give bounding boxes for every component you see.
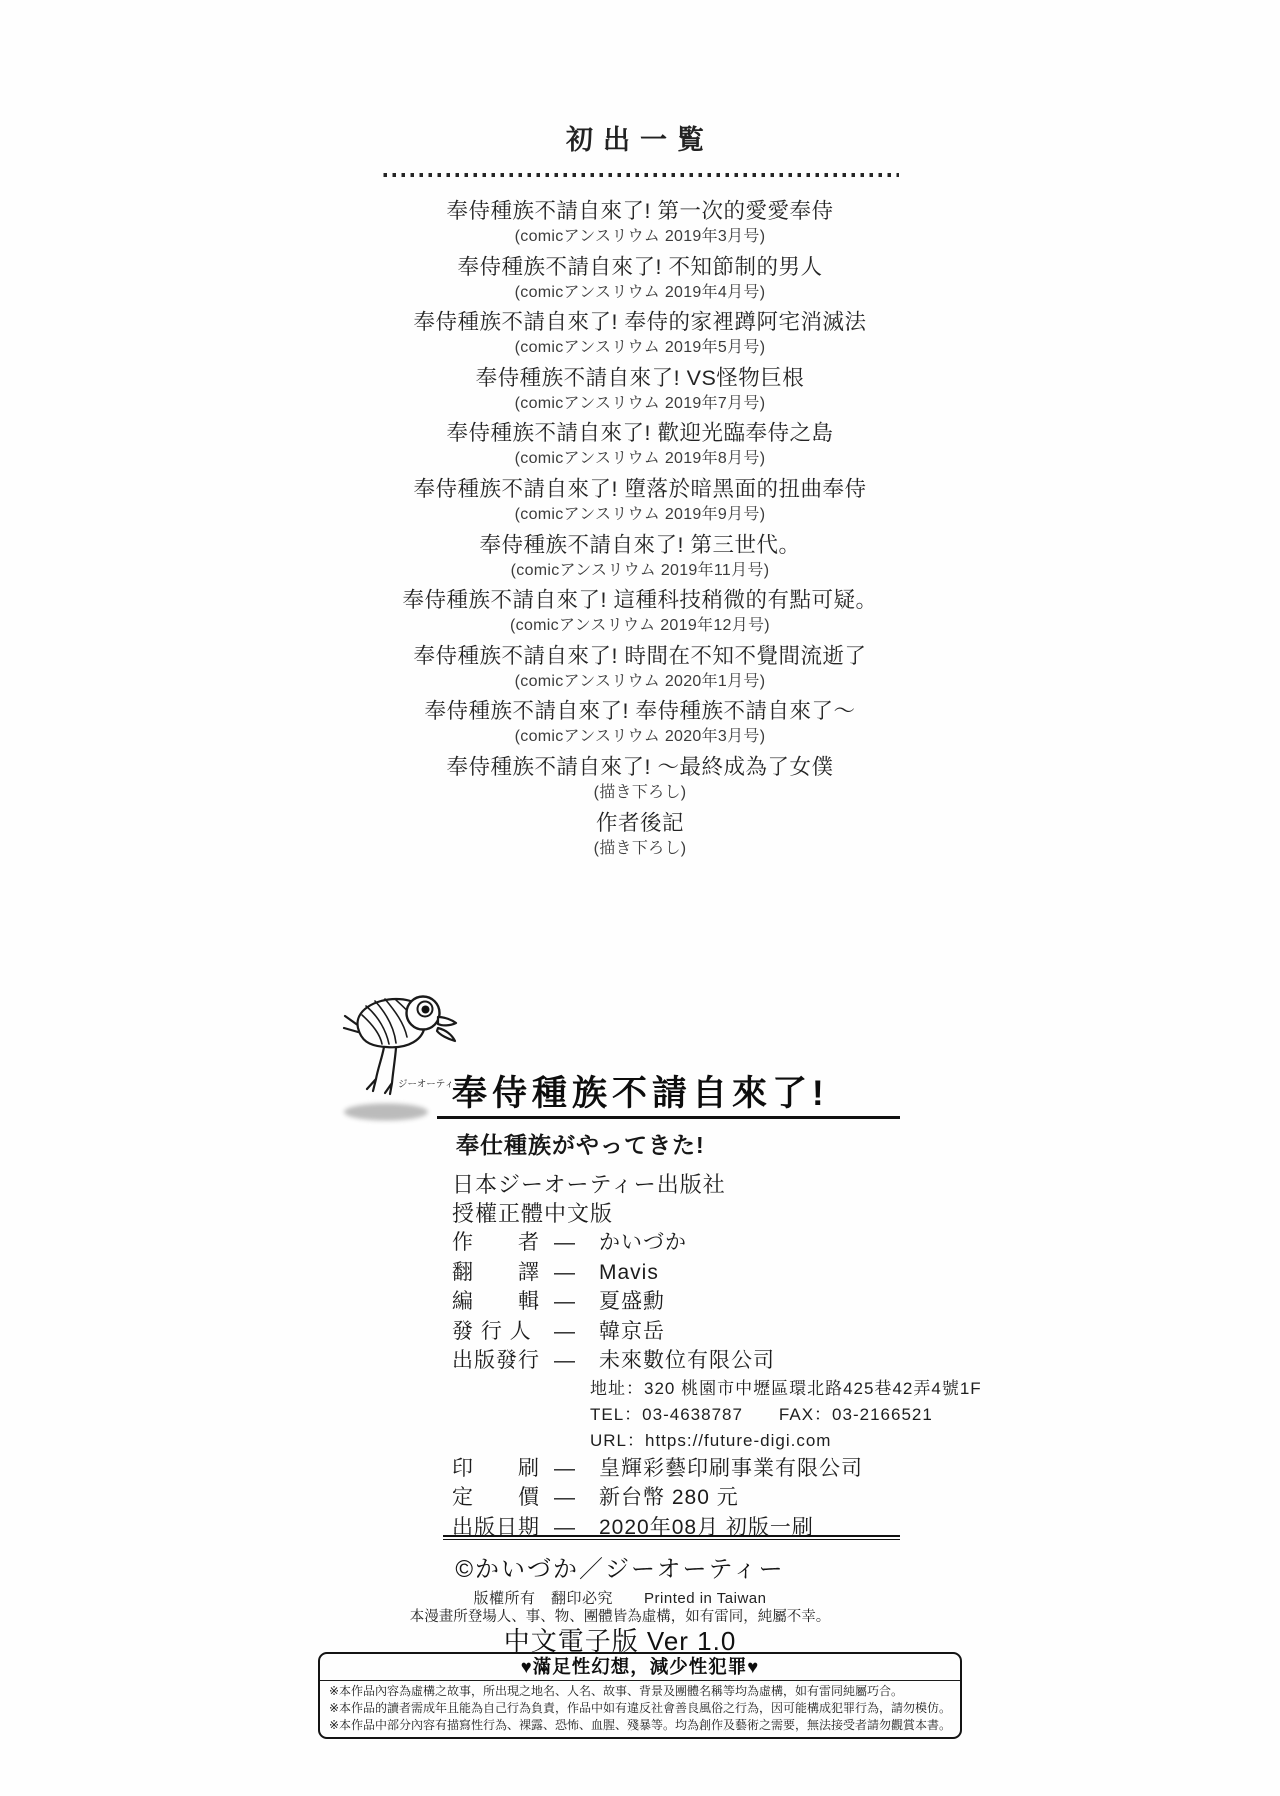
credit-row-issuer: 發 行 人—韓京岳: [452, 1317, 932, 1347]
publication-entry-title: 奉侍種族不請自來了! ～最終成為了女僕: [0, 753, 1280, 781]
publication-entry: 奉侍種族不請自來了! ～最終成為了女僕 (描き下ろし): [0, 753, 1280, 809]
copyright-line: ©かいづか／ジーオーティー: [0, 1549, 1240, 1584]
credit-label: 作 者: [452, 1228, 554, 1258]
credit-value: 夏盛勳: [599, 1290, 665, 1313]
double-rule: [443, 1535, 900, 1540]
bird-beak: [438, 1017, 456, 1025]
warning-line: ※本作品中部分內容有描寫性行為、裸露、恐怖、血腥、殘暴等。均為創作及藝術之需要，…: [329, 1717, 951, 1734]
first-publication-list: 初出一覧 奉侍種族不請自來了! 第一次的愛愛奉侍 (comicアンスリウム 20…: [0, 118, 1280, 864]
credit-value: 未來數位有限公司: [599, 1349, 775, 1372]
publisher-url: URL：https://future-digi.com: [590, 1428, 932, 1454]
publisher-address: 地址：320 桃園市中壢區環北路425巷42弄4號1F: [590, 1376, 932, 1402]
colophon-page: 初出一覧 奉侍種族不請自來了! 第一次的愛愛奉侍 (comicアンスリウム 20…: [0, 0, 1280, 1796]
publication-entry-title: 奉侍種族不請自來了! 墮落於暗黑面的扭曲奉侍: [0, 475, 1280, 503]
credit-row-editor: 編 輯—夏盛勳: [452, 1287, 932, 1317]
publication-entry-title: 奉侍種族不請自來了! 不知節制的男人: [0, 253, 1280, 281]
publication-entry-title: 作者後記: [0, 809, 1280, 837]
credit-value: 皇輝彩藝印刷事業有限公司: [599, 1457, 863, 1480]
publication-entry: 奉侍種族不請自來了! 第三世代。 (comicアンスリウム 2019年11月号): [0, 531, 1280, 587]
credit-separator: —: [554, 1454, 575, 1484]
credit-label: 定 價: [452, 1483, 554, 1513]
publication-entry-title: 奉侍種族不請自來了! 第三世代。: [0, 531, 1280, 559]
credit-separator: —: [554, 1483, 575, 1513]
publication-entry-source: (comicアンスリウム 2019年4月号): [0, 281, 1280, 305]
credit-value: 新台幣 280 元: [599, 1486, 739, 1509]
credit-value: かいづか: [599, 1231, 687, 1254]
credit-separator: —: [554, 1258, 575, 1288]
publication-entry: 奉侍種族不請自來了! 時間在不知不覺間流逝了 (comicアンスリウム 2020…: [0, 642, 1280, 698]
title-rule: [437, 1116, 900, 1119]
publisher-name-line: 日本ジーオーティー出版社: [452, 1170, 932, 1199]
credit-row-price: 定 價—新台幣 280 元: [452, 1483, 932, 1513]
credit-separator: —: [554, 1346, 575, 1376]
publication-entry: 奉侍種族不請自來了! VS怪物巨根 (comicアンスリウム 2019年7月号): [0, 364, 1280, 420]
bird-leg-right: [385, 1048, 396, 1094]
publication-entry-source: (描き下ろし): [0, 781, 1280, 805]
warning-title: ♥滿足性幻想，減少性犯罪♥: [320, 1654, 960, 1680]
license-line: 授權正體中文版: [452, 1199, 932, 1228]
publication-entry: 奉侍種族不請自來了! 歡迎光臨奉侍之島 (comicアンスリウム 2019年8月…: [0, 419, 1280, 475]
publication-entry-title: 奉侍種族不請自來了! 歡迎光臨奉侍之島: [0, 419, 1280, 447]
publication-entry-source: (comicアンスリウム 2019年11月号): [0, 559, 1280, 583]
warning-box: ♥滿足性幻想，減少性犯罪♥ ※本作品內容為虛構之故事，所出現之地名、人名、故事、…: [318, 1652, 962, 1739]
publication-entry-title: 奉侍種族不請自來了! 奉侍的家裡蹲阿宅消滅法: [0, 308, 1280, 336]
credit-label: 印 刷: [452, 1454, 554, 1484]
credit-label: 編 輯: [452, 1287, 554, 1317]
publication-entry-source: (comicアンスリウム 2019年3月号): [0, 225, 1280, 249]
publication-entry-source: (comicアンスリウム 2020年1月号): [0, 670, 1280, 694]
publication-entry: 奉侍種族不請自來了! 墮落於暗黑面的扭曲奉侍 (comicアンスリウム 2019…: [0, 475, 1280, 531]
credit-row-author: 作 者—かいづか: [452, 1228, 932, 1258]
publication-entry-title: 奉侍種族不請自來了! 時間在不知不覺間流逝了: [0, 642, 1280, 670]
original-japanese-title: 奉仕種族がやってきた!: [456, 1127, 705, 1160]
publication-entry: 奉侍種族不請自來了! 不知節制的男人 (comicアンスリウム 2019年4月号…: [0, 253, 1280, 309]
bird-leg-left: [367, 1047, 384, 1091]
publication-entry-source: (comicアンスリウム 2019年7月号): [0, 392, 1280, 416]
publication-entry-title: 奉侍種族不請自來了! 這種科技稍微的有點可疑。: [0, 586, 1280, 614]
warning-line: ※本作品內容為虛構之故事，所出現之地名、人名、故事、背景及團體名稱等均為虛構，如…: [329, 1683, 951, 1700]
got-logo-label: ジーオーティー: [398, 1079, 458, 1090]
publication-entry-title: 奉侍種族不請自來了! 奉侍種族不請自來了～: [0, 697, 1280, 725]
credit-separator: —: [554, 1317, 575, 1347]
publication-entry: 奉侍種族不請自來了! 奉侍種族不請自來了～ (comicアンスリウム 2020年…: [0, 697, 1280, 753]
logo-shadow: [344, 1104, 428, 1121]
credit-value: 韓京岳: [599, 1320, 665, 1343]
publication-entry: 奉侍種族不請自來了! 第一次的愛愛奉侍 (comicアンスリウム 2019年3月…: [0, 197, 1280, 253]
credits-block: 日本ジーオーティー出版社 授權正體中文版 作 者—かいづか 翻 譯—Mavis …: [452, 1170, 932, 1542]
credit-value: Mavis: [599, 1261, 659, 1284]
credit-label: 發 行 人: [452, 1317, 554, 1347]
publication-entry: 奉侍種族不請自來了! 這種科技稍微的有點可疑。 (comicアンスリウム 201…: [0, 586, 1280, 642]
publication-entry: 奉侍種族不請自來了! 奉侍的家裡蹲阿宅消滅法 (comicアンスリウム 2019…: [0, 308, 1280, 364]
warning-line: ※本作品的讀者需成年且能為自己行為負責，作品中如有違反社會善良風俗之行為，因可能…: [329, 1700, 951, 1717]
publisher-details: 地址：320 桃園市中壢區環北路425巷42弄4號1F TEL：03-46387…: [452, 1376, 932, 1454]
credit-separator: —: [554, 1287, 575, 1317]
warning-lines: ※本作品內容為虛構之故事，所出現之地名、人名、故事、背景及團體名稱等均為虛構，如…: [320, 1681, 960, 1734]
credit-row-translator: 翻 譯—Mavis: [452, 1258, 932, 1288]
credit-row-printer: 印 刷—皇輝彩藝印刷事業有限公司: [452, 1454, 932, 1484]
credit-separator: —: [554, 1228, 575, 1258]
first-publication-title: 初出一覧: [0, 118, 1280, 157]
publication-entry-title: 奉侍種族不請自來了! VS怪物巨根: [0, 364, 1280, 392]
book-title: 奉侍種族不請自來了!: [452, 1066, 829, 1116]
credit-label: 翻 譯: [452, 1258, 554, 1288]
publication-entry-source: (描き下ろし): [0, 837, 1280, 861]
got-bird-logo-icon: ジーオーティー: [328, 986, 458, 1131]
publication-entry-source: (comicアンスリウム 2019年9月号): [0, 503, 1280, 527]
credit-row-publisher: 出版發行—未來數位有限公司: [452, 1346, 932, 1376]
publication-entry-source: (comicアンスリウム 2020年3月号): [0, 725, 1280, 749]
publication-entry: 作者後記 (描き下ろし): [0, 809, 1280, 865]
publication-entry-source: (comicアンスリウム 2019年8月号): [0, 447, 1280, 471]
publication-entry-title: 奉侍種族不請自來了! 第一次的愛愛奉侍: [0, 197, 1280, 225]
publication-entry-source: (comicアンスリウム 2019年5月号): [0, 336, 1280, 360]
publication-entry-source: (comicアンスリウム 2019年12月号): [0, 614, 1280, 638]
credit-label: 出版發行: [452, 1346, 554, 1376]
publisher-tel-fax: TEL：03-4638787 FAX：03-2166521: [590, 1402, 932, 1428]
dotted-divider: [381, 173, 899, 177]
